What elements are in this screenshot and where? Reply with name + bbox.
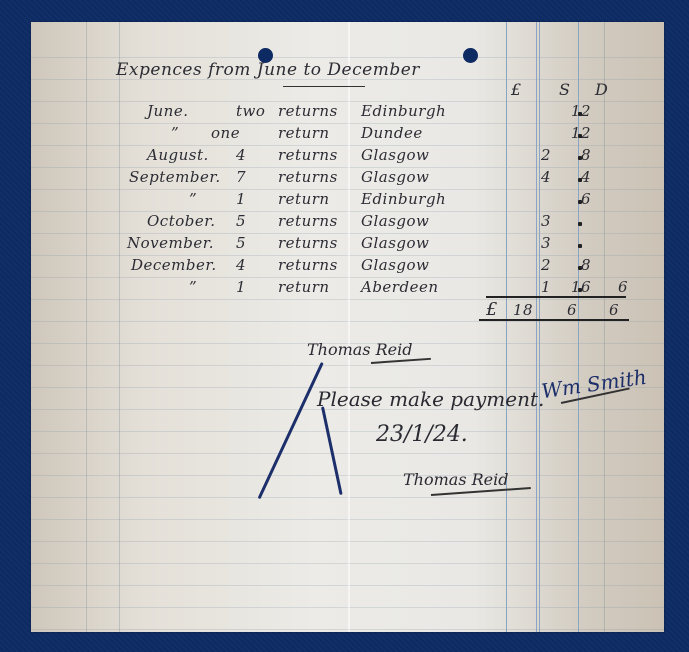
ledger-dot (578, 288, 582, 292)
entry-return: return (278, 124, 330, 142)
entry-pence: 6 (614, 278, 628, 296)
entry-row: ” 1 return Edinburgh 6 (31, 190, 664, 212)
entry-destination: Glasgow (361, 234, 429, 252)
entry-qty: 1 (236, 278, 246, 296)
entry-month: December. (131, 256, 217, 274)
pounds-header: £ (511, 80, 522, 99)
entry-row: December. 4 returns Glasgow 2 8 (31, 256, 664, 278)
entry-destination: Glasgow (361, 212, 429, 230)
total-pounds: 18 (513, 301, 533, 319)
entry-destination: Aberdeen (361, 278, 439, 296)
entry-destination: Glasgow (361, 168, 429, 186)
entry-qty: 4 (236, 256, 246, 274)
entry-qty: 1 (236, 190, 246, 208)
entry-row: ” one return Dundee 12 (31, 124, 664, 146)
pence-header: D (595, 80, 608, 99)
entry-month: June. (147, 102, 188, 120)
total-pence: 6 (609, 301, 619, 319)
ledger-dot (578, 178, 582, 182)
entry-month: ” (171, 124, 179, 142)
punch-hole (463, 48, 478, 63)
total-rule (486, 296, 626, 298)
entry-return: returns (278, 146, 338, 164)
entry-return: returns (278, 102, 338, 120)
shillings-header: S (559, 80, 570, 99)
entry-destination: Glasgow (361, 256, 429, 274)
entry-pounds: 3 (523, 234, 551, 252)
entry-destination: Dundee (361, 124, 423, 142)
entry-qty: 5 (236, 212, 246, 230)
ledger-dot (578, 134, 582, 138)
entry-qty: 7 (236, 168, 246, 186)
entry-month: ” (189, 278, 197, 296)
ledger-dot (578, 244, 582, 248)
entry-return: returns (278, 212, 338, 230)
entry-destination: Edinburgh (361, 190, 446, 208)
entry-shillings: 12 (569, 102, 591, 120)
entry-destination: Edinburgh (361, 102, 446, 120)
approval-date: 23/1/24. (376, 422, 468, 447)
entry-return: return (278, 190, 330, 208)
entry-qty: one (211, 124, 240, 142)
entry-pounds: 2 (523, 146, 551, 164)
entry-destination: Glasgow (361, 146, 429, 164)
entry-return: returns (278, 168, 338, 186)
entry-row: September. 7 returns Glasgow 4 4 (31, 168, 664, 190)
ledger-dot (578, 156, 582, 160)
entry-shillings: 4 (569, 168, 591, 186)
entry-row: October. 5 returns Glasgow 3 (31, 212, 664, 234)
entry-month: November. (127, 234, 214, 252)
ledger-dot (578, 112, 582, 116)
entry-row: June. two returns Edinburgh 12 (31, 102, 664, 124)
entry-pounds: 4 (523, 168, 551, 186)
signature-top: Thomas Reid (307, 340, 413, 359)
approval-note: Please make payment. (317, 387, 544, 411)
entry-pounds: 3 (523, 212, 551, 230)
entry-row: August. 4 returns Glasgow 2 8 (31, 146, 664, 168)
entry-shillings: 12 (569, 124, 591, 142)
entry-pounds: 2 (523, 256, 551, 274)
entry-row: November. 5 returns Glasgow 3 (31, 234, 664, 256)
title-underline (283, 86, 365, 87)
entry-shillings: 8 (569, 146, 591, 164)
total-double-rule (479, 319, 629, 321)
document-title: Expences from June to December (116, 60, 420, 80)
entry-return: return (278, 278, 330, 296)
ledger-dot (578, 266, 582, 270)
ledger-dot (578, 222, 582, 226)
entry-qty: two (236, 102, 265, 120)
entry-month: August. (147, 146, 209, 164)
entry-qty: 4 (236, 146, 246, 164)
entry-return: returns (278, 256, 338, 274)
total-currency: £ (486, 299, 498, 320)
total-shillings: 6 (567, 301, 577, 319)
entry-shillings: 6 (569, 190, 591, 208)
entry-shillings: 16 (569, 278, 591, 296)
entry-qty: 5 (236, 234, 246, 252)
entry-month: ” (189, 190, 197, 208)
expense-sheet: Expences from June to December £ S D Jun… (31, 22, 664, 632)
entry-month: September. (129, 168, 221, 186)
signature-bottom: Thomas Reid (403, 470, 509, 489)
entry-pounds: 1 (523, 278, 551, 296)
ledger-dot (578, 200, 582, 204)
entry-return: returns (278, 234, 338, 252)
entry-month: October. (147, 212, 216, 230)
entry-shillings: 8 (569, 256, 591, 274)
